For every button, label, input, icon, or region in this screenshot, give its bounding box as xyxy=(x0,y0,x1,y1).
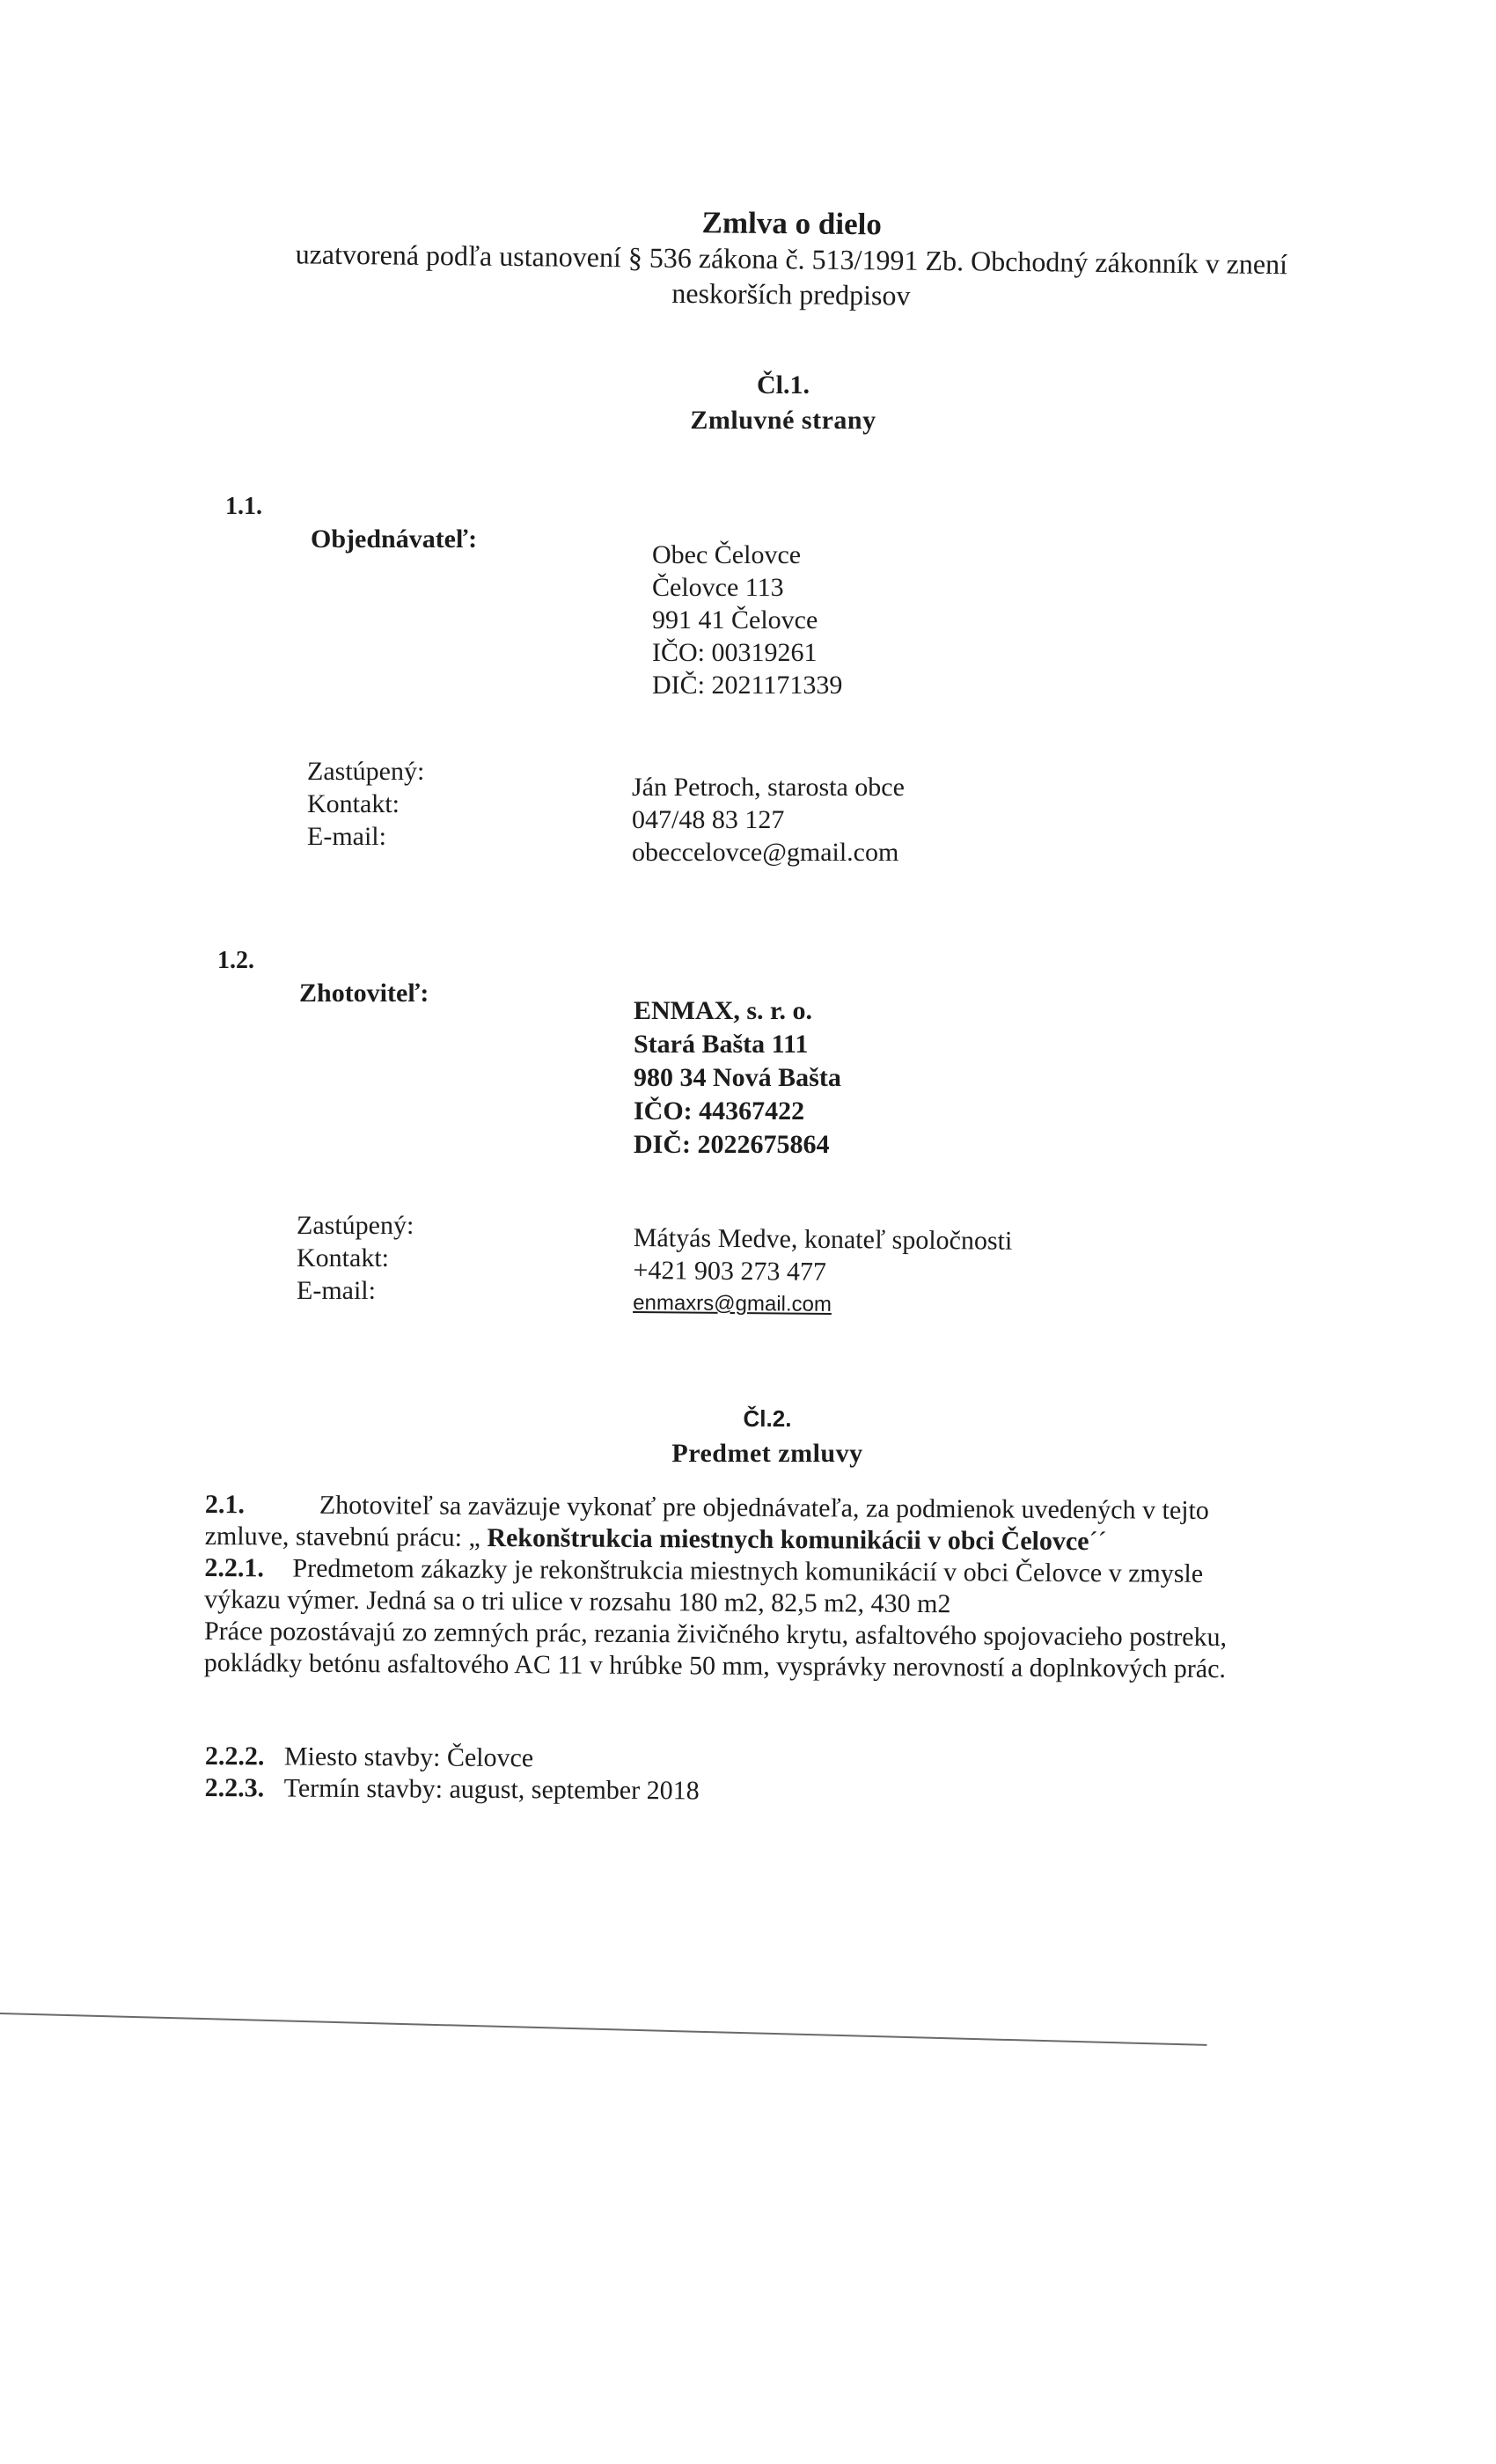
client-contact-values: Ján Petroch, starosta obce 047/48 83 127… xyxy=(517,771,905,869)
client-street: Čelovce 113 xyxy=(652,571,842,604)
article2-site-term: 2.2.2.Miesto stavby: Čelovce 2.2.3.Termí… xyxy=(205,1741,1340,1811)
client-contact-labels: Zastúpený: Kontakt: E-mail: xyxy=(307,755,424,853)
p2-1-number: 2.1. xyxy=(205,1489,319,1522)
contractor-email-label: E-mail: xyxy=(297,1274,414,1307)
contractor-name: ENMAX, s. r. o. xyxy=(634,994,841,1028)
client-represented-label: Zastúpený: xyxy=(307,755,424,788)
p2-2-3: 2.2.3.Termín stavby: august, september 2… xyxy=(205,1772,1340,1811)
horizontal-rule xyxy=(0,2013,1207,2046)
contractor-phone: +421 903 273 477 xyxy=(633,1254,1012,1290)
contractor-representative: Mátyás Medve, konateľ spoločnosti xyxy=(634,1221,1013,1258)
p2-2-1-line4: pokládky betónu asfaltového AC 11 v hrúb… xyxy=(204,1647,1339,1686)
title-block: Zmlva o dielo uzatvorená podľa ustanoven… xyxy=(263,201,1320,318)
construction-site: Miesto stavby: Čelovce xyxy=(284,1742,533,1773)
client-contact-label: Kontakt: xyxy=(307,788,424,820)
contractor-label: Zhotoviteľ: xyxy=(299,979,429,1008)
p2-2-1-number: 2.2.1. xyxy=(204,1552,292,1585)
p2-2-3-number: 2.2.3. xyxy=(205,1772,284,1805)
client-ico: IČO: 00319261 xyxy=(652,636,842,669)
client-phone: 047/48 83 127 xyxy=(632,803,905,836)
article2-body: 2.1.Zhotoviteľ sa zaväzuje vykonať pre o… xyxy=(204,1489,1340,1686)
p2-2-2-number: 2.2.2. xyxy=(205,1741,284,1773)
contractor-contact-values: Mátyás Medve, konateľ spoločnosti +421 9… xyxy=(633,1221,1012,1323)
contractor-ico: IČO: 44367422 xyxy=(634,1095,841,1128)
article1-number: Čl.1. xyxy=(563,368,1003,403)
section-1-2-number: 1.2. xyxy=(217,947,254,975)
client-label: Objednávateľ: xyxy=(311,524,477,554)
client-dic: DIČ: 2021171339 xyxy=(652,669,842,701)
document-page: Zmlva o dielo uzatvorená podľa ustanoven… xyxy=(0,0,1496,2464)
client-address: Obec Čelovce Čelovce 113 991 41 Čelovce … xyxy=(652,539,842,701)
client-email: obeccelovce@gmail.com xyxy=(632,836,905,869)
article2-heading: Čl.2. Predmet zmluvy xyxy=(547,1401,987,1471)
client-email-label: E-mail: xyxy=(307,820,424,853)
article2-title: Predmet zmluvy xyxy=(547,1436,987,1471)
section-1-1-number: 1.1. xyxy=(225,493,262,521)
project-name: Rekonštrukcia miestnych komunikácii v ob… xyxy=(487,1523,1089,1556)
client-city: 991 41 Čelovce xyxy=(652,604,842,636)
contractor-represented-label: Zastúpený: xyxy=(297,1209,414,1242)
article2-number: Čl.2. xyxy=(547,1401,987,1436)
contractor-dic: DIČ: 2022675864 xyxy=(634,1128,841,1162)
client-representative: Ján Petroch, starosta obce xyxy=(632,771,905,803)
article1-heading: Čl.1. Zmluvné strany xyxy=(563,368,1003,438)
contractor-email-link[interactable]: enmaxrs@gmail.com xyxy=(633,1287,1012,1323)
contractor-city: 980 34 Nová Bašta xyxy=(634,1061,841,1095)
contractor-contact-label: Kontakt: xyxy=(297,1242,414,1274)
contractor-contact-labels: Zastúpený: Kontakt: E-mail: xyxy=(297,1209,414,1307)
construction-term: Termín stavby: august, september 2018 xyxy=(284,1774,700,1806)
article1-title: Zmluvné strany xyxy=(563,403,1003,438)
contractor-address: ENMAX, s. r. o. Stará Bašta 111 980 34 N… xyxy=(634,994,841,1162)
client-name: Obec Čelovce xyxy=(652,539,842,571)
contractor-street: Stará Bašta 111 xyxy=(634,1028,841,1061)
